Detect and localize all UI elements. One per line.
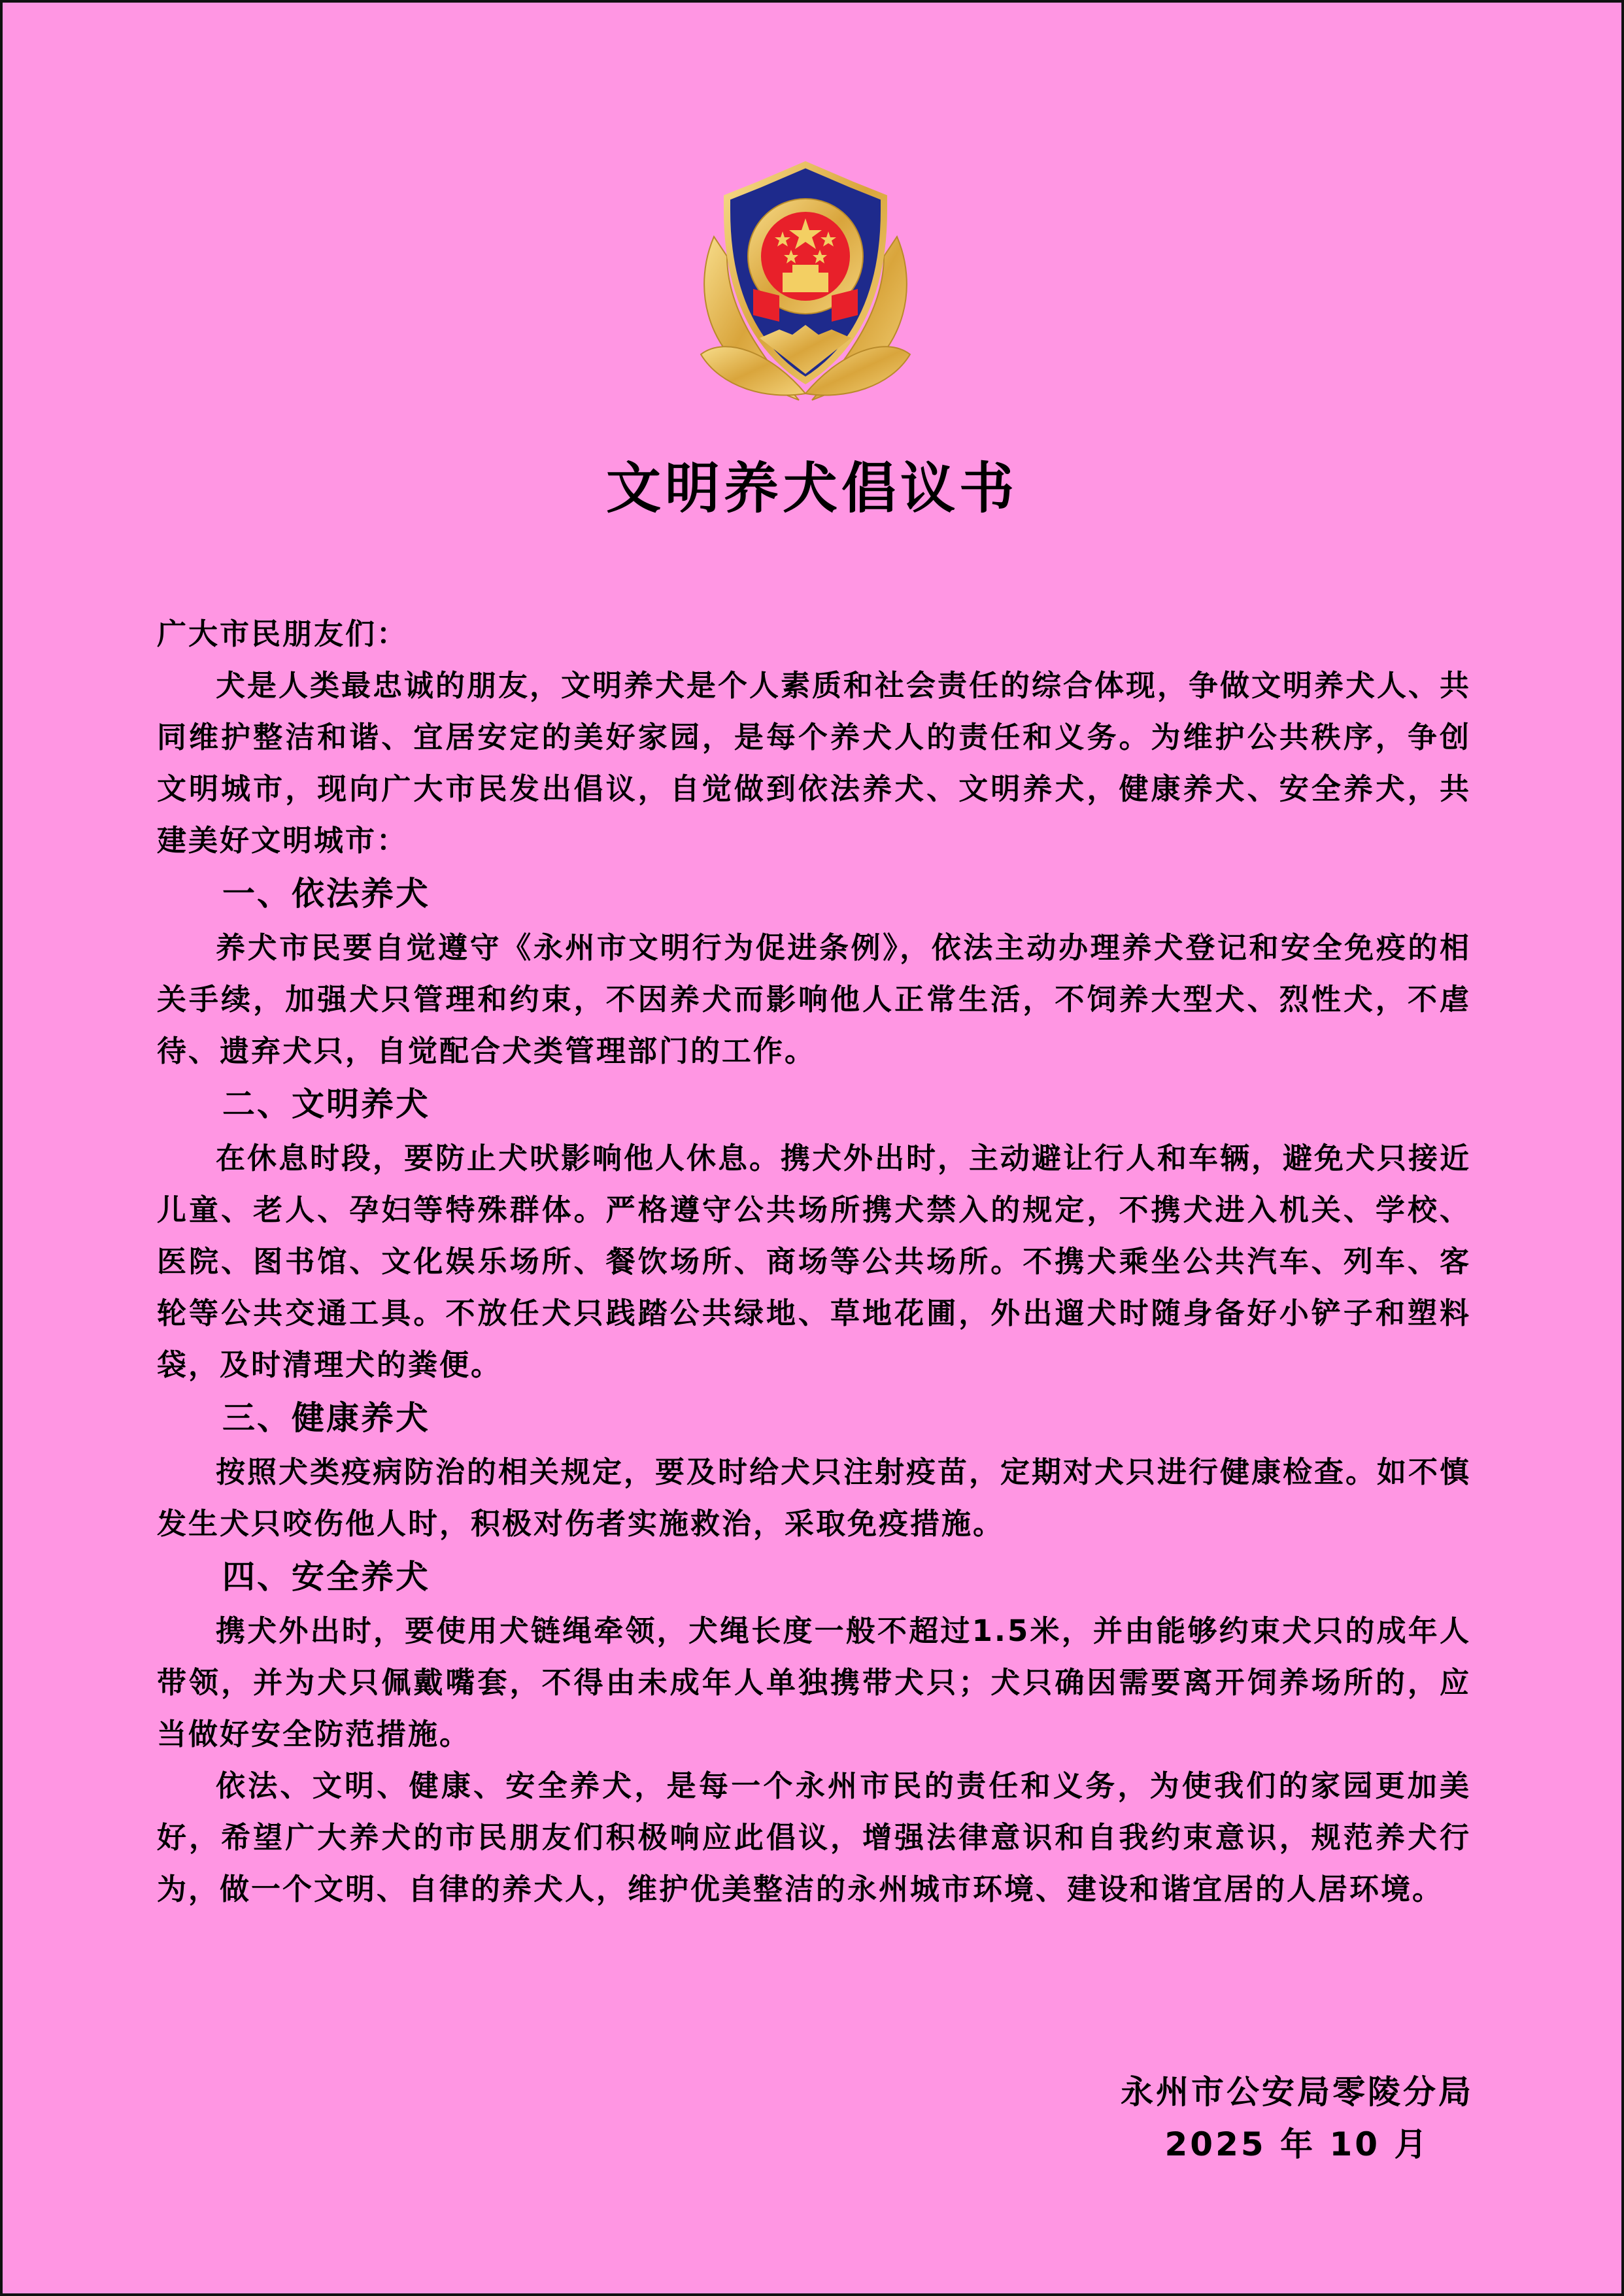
salutation: 广大市民朋友们：	[157, 608, 1471, 660]
document-body: 广大市民朋友们： 犬是人类最忠诚的朋友，文明养犬是个人素质和社会责任的综合体现，…	[157, 608, 1471, 1915]
section-heading-safe: 四、安全养犬	[157, 1549, 1471, 1605]
section-body-healthy: 按照犬类疫病防治的相关规定，要及时给犬只注射疫苗，定期对犬只进行健康检查。如不慎…	[157, 1446, 1471, 1549]
section-heading-healthy: 三、健康养犬	[157, 1391, 1471, 1446]
signature-date: 2025 年 10 月	[1121, 2118, 1474, 2170]
section-body-civilized: 在休息时段，要防止犬吠影响他人休息。携犬外出时，主动避让行人和车辆，避免犬只接近…	[157, 1132, 1471, 1391]
section-heading-civilized: 二、文明养犬	[157, 1077, 1471, 1132]
section-heading-lawful: 一、依法养犬	[157, 866, 1471, 922]
intro-paragraph: 犬是人类最忠诚的朋友，文明养犬是个人素质和社会责任的综合体现，争做文明养犬人、共…	[157, 660, 1471, 866]
police-emblem-icon	[688, 158, 923, 407]
section-body-safe: 携犬外出时，要使用犬链绳牵领，犬绳长度一般不超过1.5米，并由能够约束犬只的成年…	[157, 1605, 1471, 1760]
signature-block: 永州市公安局零陵分局 2025 年 10 月	[1121, 2066, 1474, 2170]
document-title: 文明养犬倡议书	[0, 445, 1624, 524]
signature-organization: 永州市公安局零陵分局	[1121, 2066, 1474, 2118]
section-body-lawful: 养犬市民要自觉遵守《永州市文明行为促进条例》，依法主动办理养犬登记和安全免疫的相…	[157, 922, 1471, 1077]
closing-paragraph: 依法、文明、健康、安全养犬，是每一个永州市民的责任和义务，为使我们的家园更加美好…	[157, 1760, 1471, 1915]
